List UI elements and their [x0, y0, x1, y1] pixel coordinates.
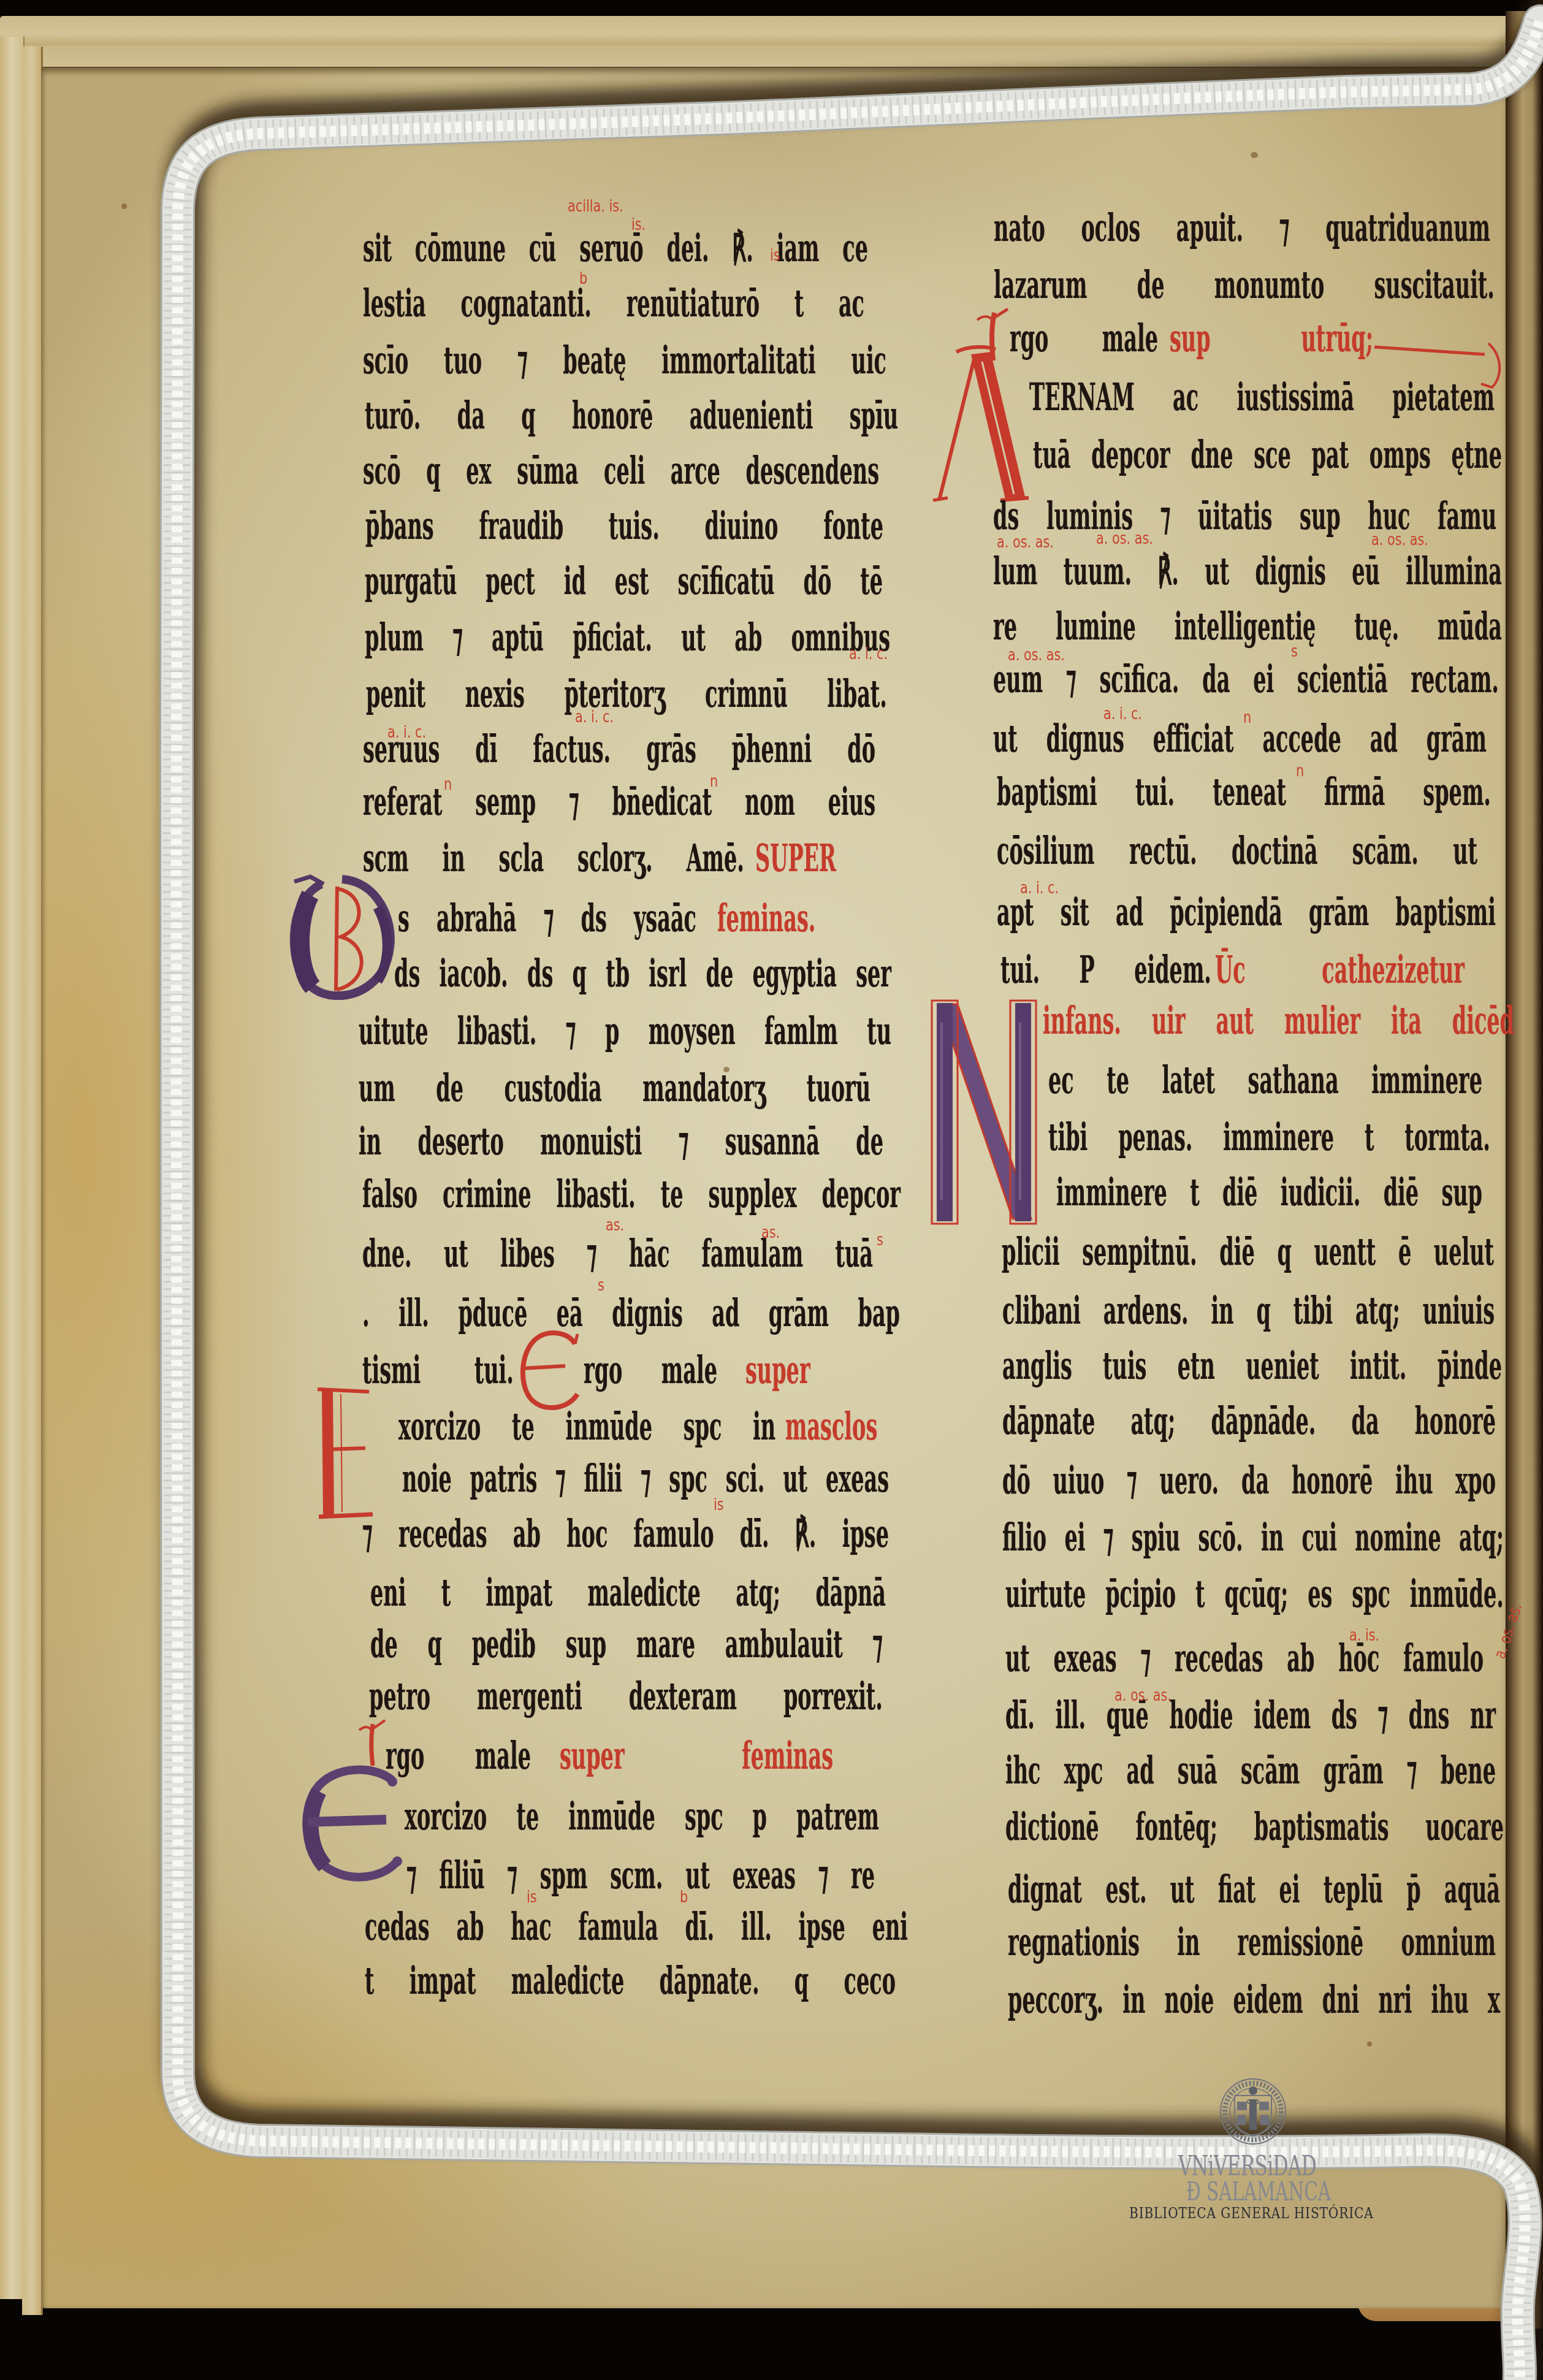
text-line: ds iacob. ds q tb isrl de egyptia ser	[394, 943, 891, 1004]
page-stack-top-edge-inner	[18, 45, 1514, 70]
text-line: dī. ill. quē hodie idem ds ⁊ dns nr	[1005, 1685, 1496, 1746]
text-line: cōsilium rectū. doctinā scām. ut	[997, 820, 1477, 882]
text-line: nato oclos apuit. ⁊ quatriduanum	[994, 197, 1490, 259]
text-line: baptismi tui. teneat firmā spem.	[997, 761, 1491, 823]
page-stack-left-edge-inner	[22, 47, 43, 2315]
rubric: sup utrūq;	[1170, 308, 1373, 369]
text-line: p̄bans fraudib tuis. diuino fonte	[365, 495, 883, 557]
interlinear-gloss: a. i. c.	[1103, 705, 1142, 723]
text-line: uitute libasti. ⁊ p moysen famlm tu	[359, 1001, 891, 1062]
text-line: scm in scla sclorʒ. Amē.	[363, 828, 744, 889]
watermark-salamanca: Ð SALAMANCA	[1186, 2176, 1331, 2206]
text-line: lazarum de monumto suscitauit.	[994, 254, 1495, 316]
text-line: re lumine intelligentię tuę. mūda	[993, 596, 1502, 657]
text-line: eum ⁊ scīfica. da ei scientiā rectam.	[993, 649, 1499, 710]
rubric: super feminas	[560, 1725, 833, 1787]
text-line: ⁊ recedas ab hoc famulo dī. ℟. ipse	[362, 1503, 889, 1565]
text-line: referat semp ⁊ bn̄edicat nom eius	[363, 771, 875, 833]
text-line: rgo male	[584, 1340, 717, 1401]
text-line: rgo male	[1010, 308, 1158, 369]
text-line: dignat est. ut fiat ei teplū p̄ aquā	[1008, 1859, 1500, 1920]
text-line: peccorʒ. in noie eidem dni nri ihu x	[1008, 1969, 1500, 2031]
text-line: t impat maledicte dāpnate. q ceco	[365, 1950, 896, 2012]
text-line: tismi tui.	[362, 1340, 514, 1401]
text-line: s abrahā ⁊ ds ysaāc	[398, 888, 696, 949]
text-line: um de custodia mandatorʒ tuorū	[359, 1058, 871, 1119]
text-line: turō. da q honorē aduenienti spīu	[365, 385, 898, 446]
interlinear-gloss: as.	[606, 1216, 624, 1235]
watermark-library-name: BIBLIOTECA GENERAL HISTÓRICA	[1129, 2205, 1374, 2222]
text-line: dictionē fontēq; baptismatis uocare	[1005, 1796, 1504, 1858]
text-line: lestia cognatanti. renūtiaturō t ac	[363, 273, 864, 334]
interlinear-gloss: a. os. as.	[997, 533, 1054, 552]
parchment-stain	[1251, 152, 1258, 158]
text-line: dō uiuo ⁊ uero. da honorē ihu xpo	[1002, 1450, 1496, 1511]
interlinear-gloss: s	[877, 1231, 883, 1249]
text-line: seruus dī factus. grās p̄henni dō	[363, 719, 875, 780]
rubric: feminas.	[717, 888, 875, 949]
text-line: xorcizo te inmūde spc p patrem	[405, 1786, 879, 1847]
interlinear-gloss: is	[527, 1888, 537, 1907]
text-line: dāpnate atq; dāpnāde. da honorē	[1002, 1390, 1496, 1452]
interlinear-gloss: a. os. as.	[1008, 646, 1065, 665]
text-line: ut exeas ⁊ recedas ab hōc famulo	[1005, 1628, 1484, 1689]
decorated-initial-e-purple-uncial: E	[294, 1761, 411, 1883]
text-line: in deserto monuisti ⁊ susannā de	[359, 1111, 883, 1172]
interlinear-gloss: a. os. as.	[1114, 1687, 1172, 1705]
interlinear-gloss: a. os. as.	[1371, 531, 1428, 549]
decorated-initial-e-red-capital: E	[314, 1381, 378, 1523]
text-line: purgatū pect id est scīficatū dō tē	[365, 551, 883, 612]
text-line: noie patris ⁊ filii ⁊ spc sci. ut exeas	[402, 1448, 889, 1509]
text-line: filio ei ⁊ spiu scō. in cui nomine atq;	[1002, 1507, 1504, 1568]
interlinear-gloss: is	[714, 1496, 724, 1514]
text-line: scō q ex sūma celi arce descendens	[363, 440, 879, 502]
text-line: apt sit ad p̄cipiendā grām baptismi	[997, 882, 1496, 943]
decorated-initial-d: D	[286, 871, 398, 1002]
text-line: . ill. p̄ducē eā dignis ad grām bap	[362, 1283, 900, 1344]
text-line: clibani ardens. in q tibi atq; uniuis	[1002, 1280, 1495, 1341]
text-line: plicii sempitnū. diē q uentt ē uelut	[1002, 1221, 1494, 1283]
text-line: cedas ab hac famula dī. ill. ipse eni	[365, 1896, 908, 1958]
text-line: tuā depcor dne sce pat omps ętne	[1033, 424, 1502, 486]
text-line: plum ⁊ aptū p̄ficiat. ut ab omnibus	[365, 607, 890, 668]
text-line: TERNAM ac iustissimā pietatem	[1029, 367, 1495, 428]
interlinear-gloss: a. os. as.	[1096, 530, 1153, 548]
text-line: sit cōmune cū seruō dei. ℟. iam ce	[363, 218, 868, 279]
interlinear-gloss: s	[1291, 643, 1298, 661]
interlinear-gloss: a. i. c.	[849, 645, 888, 663]
text-line: ihc xpc ad suā scām grām ⁊ bene	[1005, 1740, 1496, 1801]
page-stack-left-edge	[0, 37, 25, 2299]
interlinear-gloss: n	[710, 772, 718, 791]
parchment-stain	[1367, 2042, 1372, 2046]
interlinear-gloss: n	[1296, 762, 1304, 780]
interlinear-gloss: b	[579, 270, 587, 288]
university-seal-icon	[1219, 2077, 1287, 2146]
interlinear-gloss: a. i. c.	[1020, 879, 1059, 898]
text-line: penit nexis p̄teritorʒ crimnū libat.	[366, 663, 887, 725]
interlinear-gloss: s	[598, 1276, 604, 1295]
rubric: infans. uir aut mulier ita dicēd	[1043, 990, 1514, 1051]
interlinear-gloss: b	[680, 1888, 688, 1907]
decorated-initial-n-purple: N	[923, 998, 1052, 1226]
text-line: scīo tuo ⁊ beatę immortalitati uic	[363, 330, 886, 391]
rubric: SUPER	[755, 828, 875, 889]
parchment-stain	[121, 204, 127, 209]
rubric: super	[745, 1340, 853, 1401]
interlinear-gloss: n	[1243, 709, 1251, 727]
text-line: imminere t diē iudicii. diē sup	[1056, 1162, 1482, 1223]
interlinear-gloss: acilla. is.	[568, 197, 623, 216]
text-line: tibi penas. imminere t tormta.	[1048, 1107, 1490, 1168]
interlinear-gloss: as.	[761, 1224, 780, 1242]
decorated-initial-a-red: A	[932, 343, 1030, 504]
interlinear-gloss: is	[770, 246, 780, 265]
interlinear-gloss: a. is.	[1349, 1627, 1379, 1645]
interlinear-gloss: n	[444, 776, 452, 794]
text-line: lum tuum. ℟. ut dignis eū illumina	[993, 541, 1502, 602]
text-line: ut dignus efficiat accede ad grām	[993, 708, 1487, 769]
text-line: falso crimine libasti. te supplex depcor	[362, 1164, 901, 1225]
text-line: regnationis in remissionē omnium	[1008, 1912, 1496, 1973]
text-line: petro mergenti dexteram porrexit.	[369, 1666, 883, 1727]
interlinear-gloss: a. i. c.	[575, 708, 614, 727]
interlinear-gloss: is.	[631, 216, 646, 234]
page-stack-top-edge	[0, 16, 1517, 48]
text-line: anglis tuis etn ueniet intit. p̄inde	[1002, 1335, 1502, 1397]
text-line: ec te latet sathana imminere	[1048, 1050, 1482, 1111]
text-line: uirtute p̄cipio t qcūq; es spc inmūde.	[1005, 1563, 1504, 1625]
interlinear-gloss: a. i. c.	[387, 723, 426, 742]
